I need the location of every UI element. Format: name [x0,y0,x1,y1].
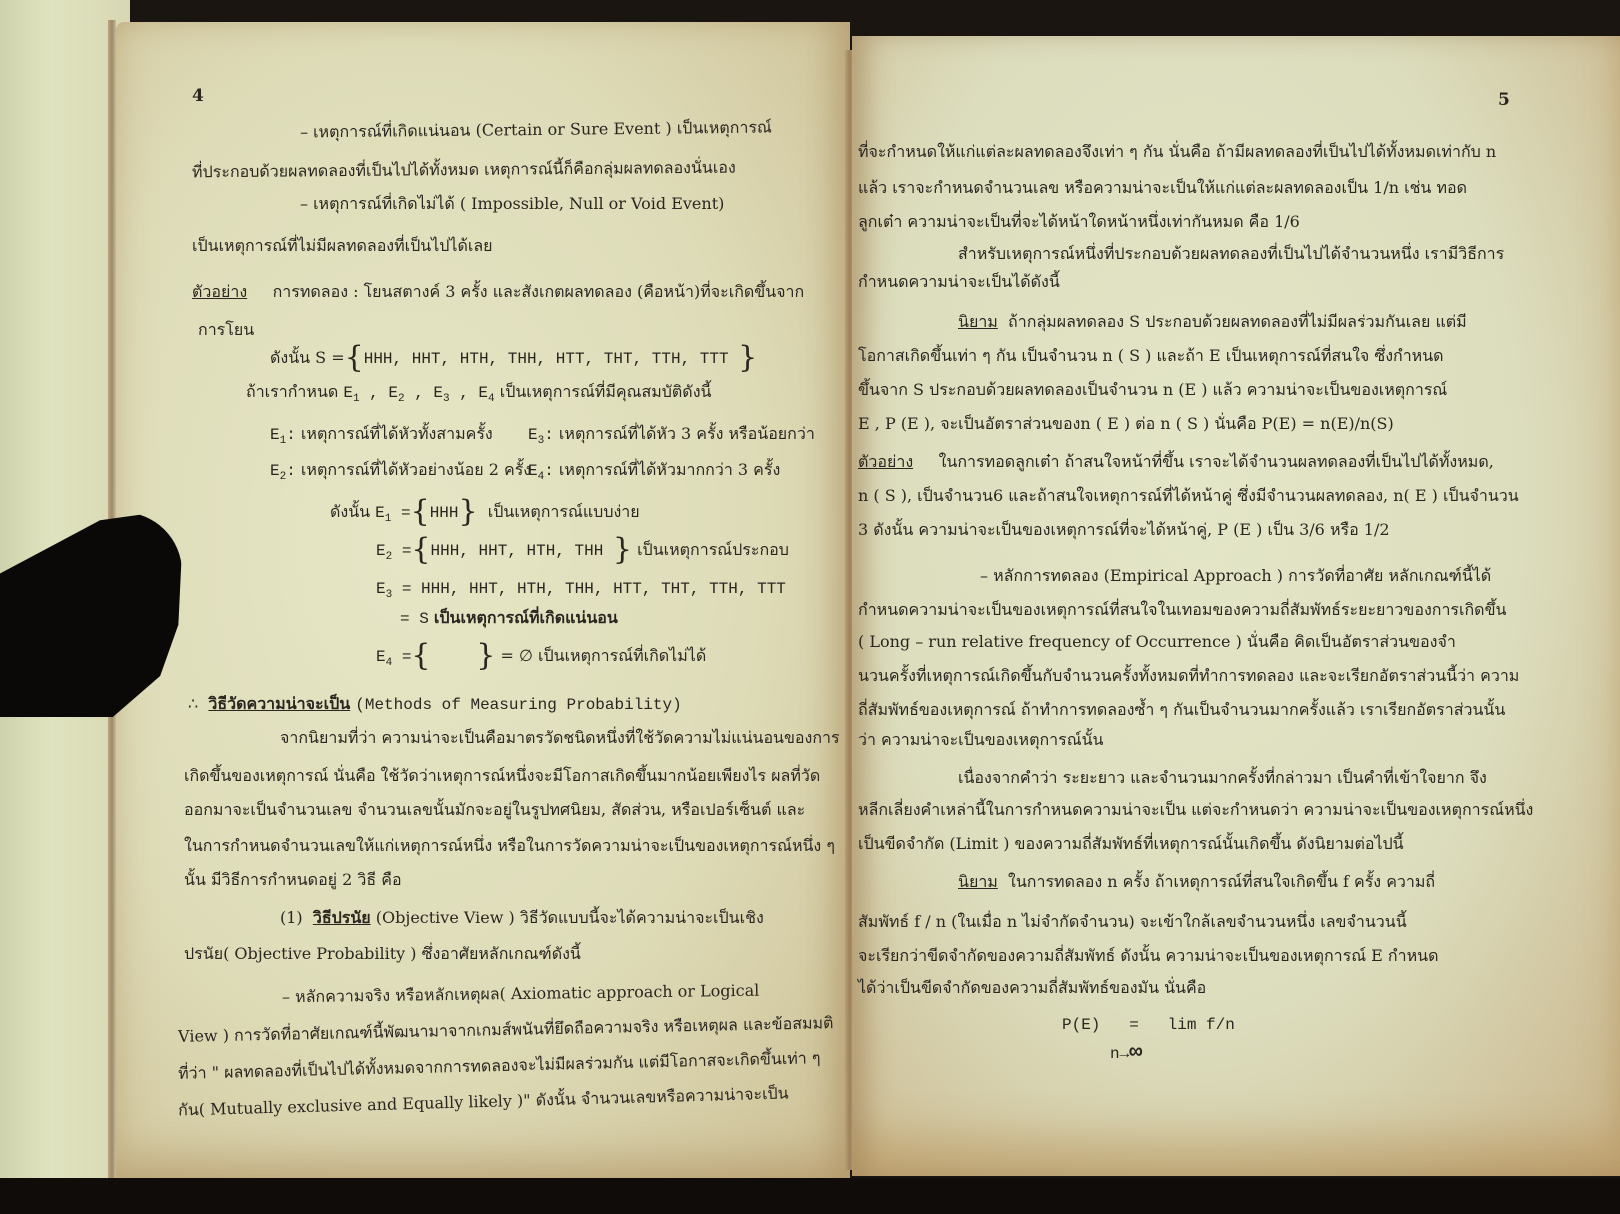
para1-line3: ออกมาจะเป็นจำนวนเลข จำนวนเลขนั้นมักจะอยู… [184,800,805,819]
definition1-line3: ขึ้นจาก S ประกอบด้วยผลทดลองเป็นจำนวน n (… [858,380,1447,399]
para1-line1: จากนิยามที่ว่า ความน่าจะเป็นคือมาตรวัดชน… [280,728,840,747]
method1-heading: (1) วิธีปรนัย (Objective View ) วิธีวัดแ… [280,908,764,927]
definition1-line1: นิยาม ถ้ากลุ่มผลทดลอง S ประกอบด้วยผลทดลอ… [958,312,1467,331]
page-number-left: 4 [192,86,204,106]
definition1-label: นิยาม [958,312,998,331]
limit-subscript: n→∞ [1110,1040,1142,1066]
infinity-icon: ∞ [1129,1040,1142,1065]
para1-line2: เกิดขึ้นของเหตุการณ์ นั่นคือ ใช้วัดว่าเห… [184,766,820,785]
sample-space: ดังนั้น S ={HHH, HHT, HTH, THH, HTT, THT… [270,348,757,369]
bottom-shadow [0,1178,1620,1214]
r-para2-line1: สำหรับเหตุการณ์หนึ่งที่ประกอบด้วยผลทดลอง… [958,244,1504,263]
r-para1-line1: ที่จะกำหนดให้แก่แต่ละผลทดลองจึงเท่า ๆ กั… [858,142,1496,161]
r-para3-line1: เนื่องจากคำว่า ระยะยาว และจำนวนมากครั้งท… [958,768,1487,787]
define-events-line: ถ้าเรากำหนด E1 , E2 , E3 , E4 เป็นเหตุกา… [246,382,711,406]
empirical-line2: กำหนดความน่าจะเป็นของเหตุการณ์ที่สนใจในเ… [858,600,1506,619]
empirical-line5: ถี่สัมพัทธ์ของเหตุการณ์ ถ้าทำการทดลองซ้ำ… [858,700,1505,719]
definition2-line1: นิยาม ในการทดลอง n ครั้ง ถ้าเหตุการณ์ที่… [958,872,1435,891]
event-def-e2: E2: เหตุการณ์ที่ได้หัวอย่างน้อย 2 ครั้ง [270,460,531,484]
definition2-line4: ได้ว่าเป็นขีดจำกัดของความถี่สัมพัทธ์ของม… [858,978,1206,997]
section-title: วิธีวัดความน่าจะเป็น [208,694,350,713]
r-para1-line2: แล้ว เราจะกำหนดจำนวนเลข หรือความน่าจะเป็… [858,178,1467,197]
page-number-right: 5 [1498,90,1510,110]
r-example-line1: ตัวอย่าง ในการทอดลูกเต๋า ถ้าสนใจหน้าที่ข… [858,452,1494,471]
empirical-line3: ( Long – run relative frequency of Occur… [858,632,1456,651]
r-para3-line2: หลีกเลี่ยงคำเหล่านี้ในการกำหนดความน่าจะเ… [858,800,1533,819]
event-set-e4: E4 ={ } = ∅ เป็นเหตุการณ์ที่เกิดไม่ได้ [376,646,706,670]
bullet: ∴ [188,694,198,713]
section-heading: ∴ วิธีวัดความน่าจะเป็น (Methods of Measu… [188,694,682,715]
method1-title: วิธีปรนัย [313,908,371,927]
example-text-cont: การโยน [198,320,254,339]
para1-line5: นั้น มีวิธีการกำหนดอยู่ 2 วิธี คือ [184,870,402,889]
empirical-line6: ว่า ความน่าจะเป็นของเหตุการณ์นั้น [858,730,1103,749]
definition2-line2: สัมพัทธ์ f / n (ในเมื่อ n ไม่จำกัดจำนวน)… [858,912,1407,931]
event-set-e1: ดังนั้น E1 ={HHH} เป็นเหตุการณ์แบบง่าย [330,502,640,526]
impossible-event-cont: เป็นเหตุการณ์ที่ไม่มีผลทดลองที่เป็นไปได้… [192,236,493,255]
example-label: ตัวอย่าง [192,282,247,301]
r-para1-line3: ลูกเต๋า ความน่าจะเป็นที่จะได้หน้าใดหน้าห… [858,212,1300,231]
definition1-line2: โอกาสเกิดขึ้นเท่า ๆ กัน เป็นจำนวน n ( S … [858,346,1444,365]
event-def-e3: E3: เหตุการณ์ที่ได้หัว 3 ครั้ง หรือน้อยก… [528,424,815,448]
event-set-e2: E2 ={HHH, HHT, HTH, THH } เป็นเหตุการณ์ป… [376,540,789,564]
event-set-e3: E3 = HHH, HHT, HTH, THH, HTT, THT, TTH, … [376,578,786,602]
para1-line4: ในการกำหนดจำนวนเลขให้แก่เหตุการณ์หนึ่ง ห… [184,836,835,855]
definition2-line3: จะเรียกว่าขีดจำกัดของความถี่สัมพัทธ์ ดัง… [858,946,1438,965]
impossible-event-line: – เหตุการณ์ที่เกิดไม่ได้ ( Impossible, N… [300,194,724,213]
example-text: การทดลอง : โยนสตางค์ 3 ครั้ง และสังเกตผล… [273,282,805,301]
sample-space-set: HHH, HHT, HTH, THH, HTT, THT, TTH, TTT [364,350,729,368]
r-example-line3: 3 ดังนั้น ความน่าจะเป็นของเหตุการณ์ที่จะ… [858,520,1390,539]
event-def-e4: E4: เหตุการณ์ที่ได้หัวมากกว่า 3 ครั้ง [528,460,780,484]
arrow-icon: → [1120,1045,1130,1063]
method1-line2: ปรนัย( Objective Probability ) ซึ่งอาศัย… [184,944,581,963]
event-set-e3-equals-s: = S เป็นเหตุการณ์ที่เกิดแน่นอน [400,608,618,629]
r-para3-line3: เป็นขีดจำกัด (Limit ) ของความถี่สัมพัทธ์… [858,834,1404,853]
r-example-label: ตัวอย่าง [858,452,913,471]
definition2-label: นิยาม [958,872,998,891]
empirical-line4: นวนครั้งที่เหตุการณ์เกิดขึ้นกับจำนวนครั้… [858,666,1519,685]
example-heading: ตัวอย่าง การทดลอง : โยนสตางค์ 3 ครั้ง แล… [192,282,804,301]
limit-formula: P(E) = lim f/n [1062,1016,1235,1035]
event-def-e1: E1: เหตุการณ์ที่ได้หัวทั้งสามครั้ง [270,424,493,448]
r-para2-line2: กำหนดความน่าจะเป็นได้ดังนี้ [858,272,1060,291]
r-example-line2: n ( S ), เป็นจำนวน6 และถ้าสนใจเหตุการณ์ท… [858,486,1519,505]
definition1-line4: E , P (E ), จะเป็นอัตราส่วนของn ( E ) ต่… [858,414,1394,433]
section-title-en: (Methods of Measuring Probability) [355,696,681,714]
empirical-line1: – หลักการทดลอง (Empirical Approach ) การ… [980,566,1491,585]
book-photo: 4 – เหตุการณ์ที่เกิดแน่นอน (Certain or S… [0,0,1620,1214]
